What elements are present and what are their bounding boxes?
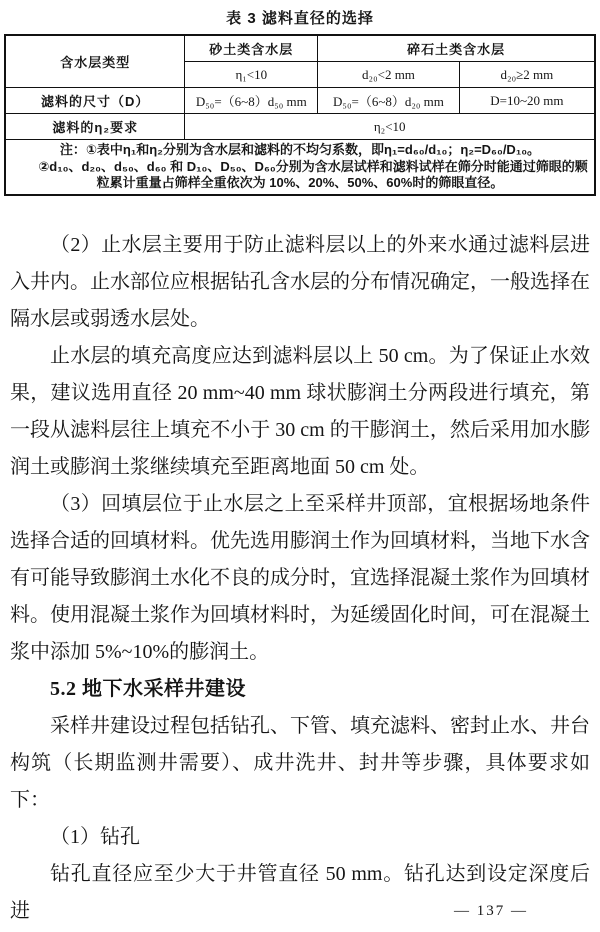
- table-note-1: 注：①表中η₁和η₂分别为含水层和滤料的不均匀系数，即η₁=d₆₀/d₁₀；η₂…: [7, 142, 593, 159]
- cell-filter-size-gravel-fine: D₅₀=（6~8）d₂₀ mm: [318, 88, 460, 114]
- cell-sandy-soil-header: 砂土类含水层: [185, 35, 318, 62]
- paragraph-stop-water-layer: （2）止水层主要用于防止滤料层以上的外来水通过滤料层进入井内。止水部位应根据钻孔…: [10, 227, 590, 338]
- cell-eta-requirement-label: 滤料的η₂要求: [5, 114, 185, 140]
- cell-aquifer-type: 含水层类型: [5, 35, 185, 88]
- table-row: 含水层类型 砂土类含水层 碎石土类含水层: [5, 35, 595, 62]
- table-row: 滤料的η₂要求 η₂<10: [5, 114, 595, 140]
- table-note-2: ②d₁₀、d₂₀、d₅₀、d₆₀ 和 D₁₀、D₅₀、D₆₀分别为含水层试样和滤…: [7, 159, 593, 192]
- paragraph-drilling-label: （1）钻孔: [10, 819, 590, 856]
- document-body: （2）止水层主要用于防止滤料层以上的外来水通过滤料层进入井内。止水部位应根据钻孔…: [10, 227, 590, 930]
- paragraph-fill-height: 止水层的填充高度应达到滤料层以上 50 cm。为了保证止水效果，建议选用直径 2…: [10, 338, 590, 486]
- table-notes: 注：①表中η₁和η₂分别为含水层和滤料的不均匀系数，即η₁=d₆₀/d₁₀；η₂…: [5, 140, 595, 195]
- paragraph-backfill-layer: （3）回填层位于止水层之上至采样井顶部，宜根据场地条件选择合适的回填材料。优先选…: [10, 486, 590, 671]
- table-row: 注：①表中η₁和η₂分别为含水层和滤料的不均匀系数，即η₁=d₆₀/d₁₀；η₂…: [5, 140, 595, 195]
- cell-gravel-soil-header: 碎石土类含水层: [318, 35, 595, 62]
- filter-diameter-table: 含水层类型 砂土类含水层 碎石土类含水层 η₁<10 d₂₀<2 mm d₂₀≥…: [4, 34, 596, 196]
- cell-gravel-condition-fine: d₂₀<2 mm: [318, 62, 460, 88]
- cell-eta-requirement-value: η₂<10: [185, 114, 595, 140]
- cell-filter-size-label: 滤料的尺寸（D）: [5, 88, 185, 114]
- cell-filter-size-sandy: D₅₀=（6~8）d₅₀ mm: [185, 88, 318, 114]
- paragraph-well-construction-steps: 采样井建设过程包括钻孔、下管、填充滤料、密封止水、井台构筑（长期监测井需要）、成…: [10, 708, 590, 819]
- document-page: 表 3 滤料直径的选择 含水层类型 砂土类含水层 碎石土类含水层 η₁<10 d…: [0, 0, 600, 932]
- cell-filter-size-gravel-coarse: D=10~20 mm: [459, 88, 595, 114]
- cell-sandy-condition: η₁<10: [185, 62, 318, 88]
- page-number: — 137 —: [454, 903, 528, 920]
- table-row: 滤料的尺寸（D） D₅₀=（6~8）d₅₀ mm D₅₀=（6~8）d₂₀ mm…: [5, 88, 595, 114]
- table-title: 表 3 滤料直径的选择: [0, 0, 600, 28]
- section-heading-5-2: 5.2 地下水采样井建设: [10, 671, 590, 708]
- cell-gravel-condition-coarse: d₂₀≥2 mm: [459, 62, 595, 88]
